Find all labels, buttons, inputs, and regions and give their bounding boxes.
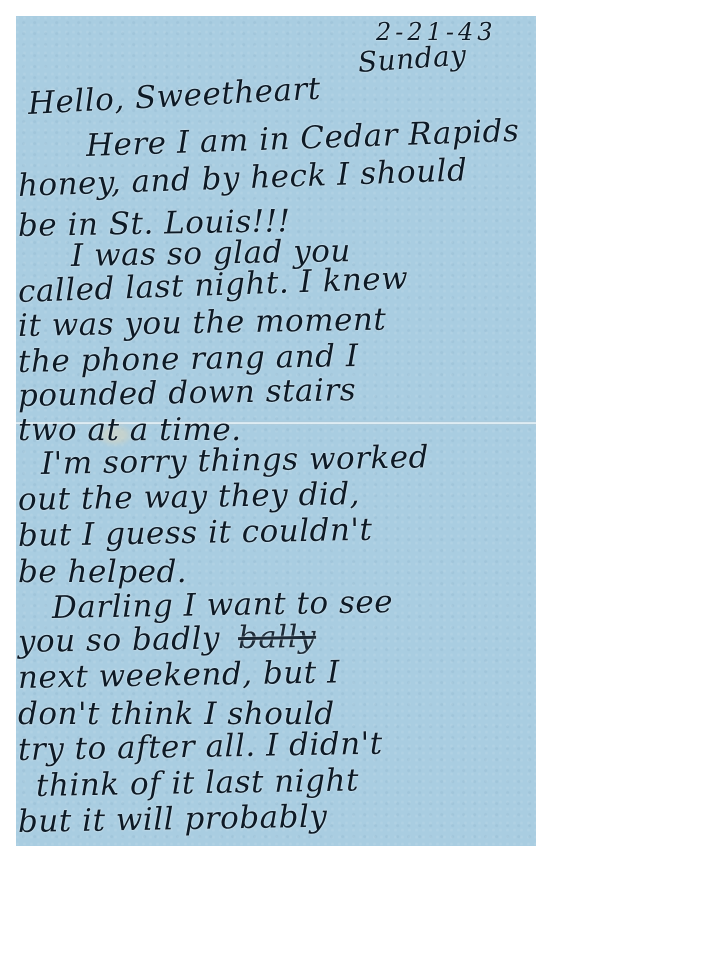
letter-salutation: Hello, Sweetheart bbox=[27, 71, 322, 122]
letter-line: but it will probably bbox=[18, 799, 328, 840]
letter-line: but I guess it couldn't bbox=[18, 512, 373, 554]
letter-line: try to after all. I didn't bbox=[18, 726, 383, 768]
letter-line: think of it last night bbox=[36, 762, 360, 804]
letter-line: pounded down stairs bbox=[18, 372, 357, 414]
letter-line: I'm sorry things worked bbox=[41, 439, 430, 482]
letter-line-text: you so badly bbox=[18, 620, 221, 660]
page: 2-21-43 Sunday Hello, Sweetheart Here I … bbox=[0, 0, 720, 960]
letter-line: Darling I want to see bbox=[52, 584, 394, 626]
letter-line: next weekend, but I bbox=[18, 654, 340, 696]
letter-line: honey, and by heck I should bbox=[17, 152, 468, 204]
crossed-out-word: bally bbox=[238, 619, 317, 656]
letter-line: out the way they did, bbox=[18, 476, 361, 518]
letter-paper: 2-21-43 Sunday Hello, Sweetheart Here I … bbox=[16, 16, 536, 846]
letter-day: Sunday bbox=[357, 38, 468, 79]
letter-line: you so badly bally bbox=[18, 620, 221, 660]
letter-line: be helped. bbox=[18, 554, 187, 590]
